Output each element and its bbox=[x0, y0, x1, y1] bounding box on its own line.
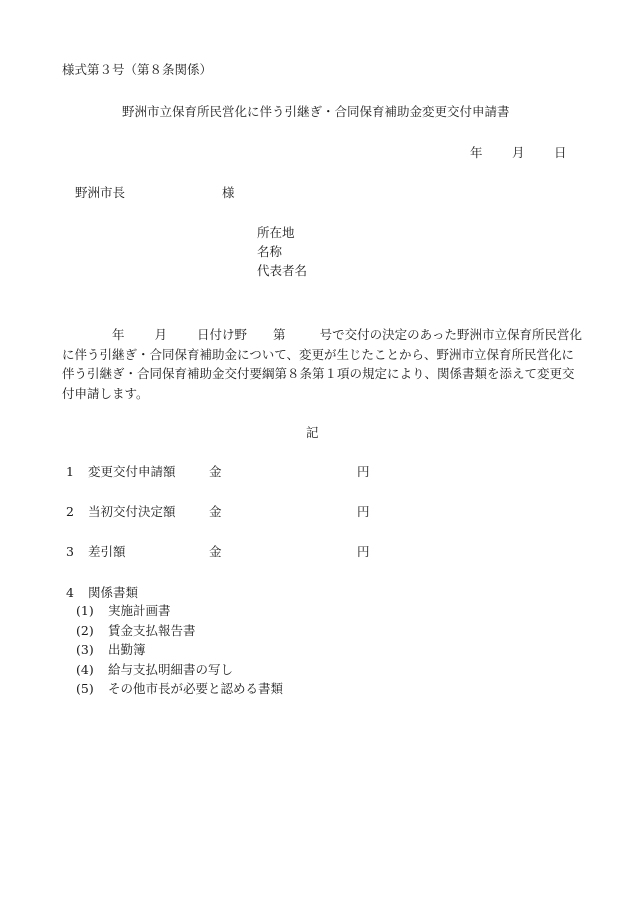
body-line-1: 年月日付け野第号で交付の決定のあった野洲市立保育所民営化 bbox=[62, 325, 582, 345]
applicant-representative-label: 代表者名 bbox=[257, 265, 307, 284]
ki-heading: 記 bbox=[306, 427, 319, 440]
addressee: 野洲市長 様 bbox=[75, 187, 125, 200]
addressee-honorific: 様 bbox=[222, 187, 235, 200]
list-item: (1) 実施計画書 bbox=[76, 605, 376, 625]
applicant-block: 所在地 名称 代表者名 bbox=[257, 227, 307, 284]
document-title: 野洲市立保育所民営化に伴う引継ぎ・合同保育補助金変更交付申請書 bbox=[122, 106, 510, 119]
addressee-name: 野洲市長 bbox=[75, 185, 125, 200]
date-month: 月 bbox=[512, 147, 554, 160]
list-item: (3) 出勤簿 bbox=[76, 644, 376, 664]
body-line-2: に伴う引継ぎ・合同保育補助金について、変更が生じたことから、野洲市立保育所民営化… bbox=[62, 345, 582, 365]
related-documents-list: (1) 実施計画書 (2) 賃金支払報告書 (3) 出勤簿 (4) 給与支払明細… bbox=[76, 605, 376, 703]
date-year: 年 bbox=[470, 147, 512, 160]
body-line-3: 伴う引継ぎ・合同保育補助金交付要綱第８条第１項の規定により、関係書類を添えて変更… bbox=[62, 364, 582, 384]
date-day: 日 bbox=[554, 147, 567, 160]
list-item: (5) その他市長が必要と認める書類 bbox=[76, 683, 376, 703]
date-line: 年月日 bbox=[470, 147, 567, 160]
form-number: 様式第３号（第８条関係） bbox=[62, 64, 212, 77]
application-body: 年月日付け野第号で交付の決定のあった野洲市立保育所民営化 に伴う引継ぎ・合同保育… bbox=[62, 325, 582, 403]
body-line-4: 付申請します。 bbox=[62, 384, 582, 404]
